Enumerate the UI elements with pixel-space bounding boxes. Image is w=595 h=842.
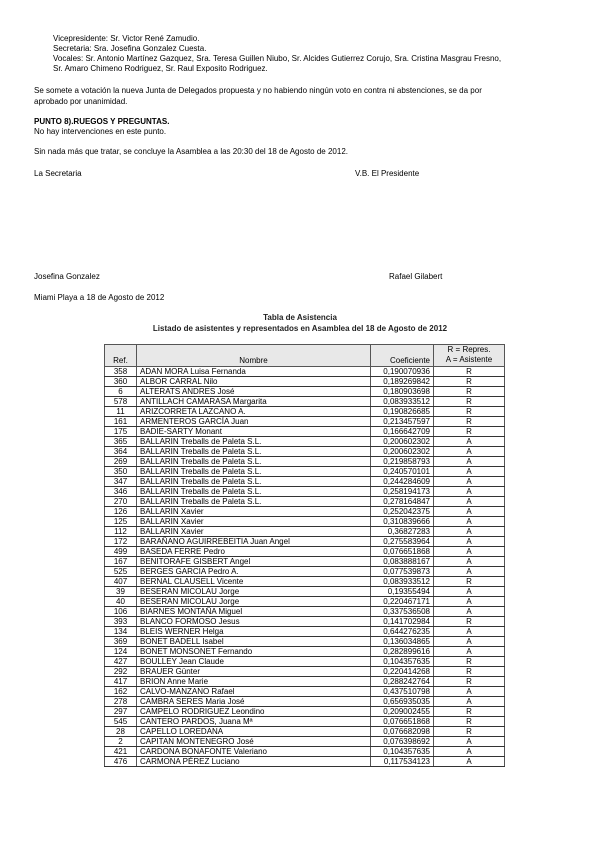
table-row: 28CAPELLO LOREDANA0,076682098R [105, 727, 505, 737]
cell-ref: 167 [105, 557, 137, 567]
cell-ref: 11 [105, 407, 137, 417]
cell-coeficiente: 0,136034865 [371, 637, 434, 647]
table-row: 124BONET MONSONET Fernando0,282899616A [105, 647, 505, 657]
cell-nombre: BALLARIN Treballs de Paleta S.L. [137, 497, 371, 507]
cell-nombre: BALLARIN Treballs de Paleta S.L. [137, 457, 371, 467]
table-row: 358ADAN MORA Luisa Fernanda0,190070936R [105, 367, 505, 377]
cell-ref: 125 [105, 517, 137, 527]
table-row: 365BALLARIN Treballs de Paleta S.L.0,200… [105, 437, 505, 447]
table-row: 125BALLARIN Xavier0,310839666A [105, 517, 505, 527]
table-row: 407BERNAL CLAUSELL Vicente0,083933512R [105, 577, 505, 587]
cell-ref: 421 [105, 747, 137, 757]
vicepresidente-line: Vicepresidente: Sr. Victor René Zamudio. [53, 34, 573, 44]
cell-coeficiente: 0,656935035 [371, 697, 434, 707]
cell-nombre: BALLARIN Xavier [137, 517, 371, 527]
table-row: 421CARDONA BONAFONTE Valeriano0,10435763… [105, 747, 505, 757]
cell-coeficiente: 0,275583964 [371, 537, 434, 547]
cell-coeficiente: 0,190826685 [371, 407, 434, 417]
cell-tipo: R [434, 377, 505, 387]
table-row: 499BASEDA FERRE Pedro0,076651868A [105, 547, 505, 557]
cell-nombre: BERGES GARCIA Pedro A. [137, 567, 371, 577]
cell-nombre: BLANCO FORMOSO Jesus [137, 617, 371, 627]
cell-nombre: BENITORAFE GISBERT Angel [137, 557, 371, 567]
cell-coeficiente: 0,220467171 [371, 597, 434, 607]
cell-coeficiente: 0,220414268 [371, 667, 434, 677]
cell-coeficiente: 0,141702984 [371, 617, 434, 627]
cell-coeficiente: 0,180903698 [371, 387, 434, 397]
cell-ref: 407 [105, 577, 137, 587]
cell-nombre: BALLARIN Treballs de Paleta S.L. [137, 477, 371, 487]
table-row: 11ARIZCORRETA LAZCANO A.0,190826685R [105, 407, 505, 417]
cell-ref: 417 [105, 677, 137, 687]
cell-ref: 369 [105, 637, 137, 647]
table-row: 167BENITORAFE GISBERT Angel0,083888167A [105, 557, 505, 567]
punto-8-heading: PUNTO 8).RUEGOS Y PREGUNTAS. [34, 117, 169, 127]
cell-tipo: A [434, 437, 505, 447]
cell-coeficiente: 0,117534123 [371, 757, 434, 767]
cell-ref: 347 [105, 477, 137, 487]
cell-tipo: R [434, 677, 505, 687]
cell-coeficiente: 0,213457597 [371, 417, 434, 427]
cell-tipo: R [434, 367, 505, 377]
cell-ref: 427 [105, 657, 137, 667]
cell-ref: 134 [105, 627, 137, 637]
cell-tipo: R [434, 617, 505, 627]
cell-coeficiente: 0,200602302 [371, 447, 434, 457]
cell-coeficiente: 0,166642709 [371, 427, 434, 437]
table-row: 292BRAUER Günter0,220414268R [105, 667, 505, 677]
cell-coeficiente: 0,282899616 [371, 647, 434, 657]
cell-ref: 499 [105, 547, 137, 557]
cell-tipo: A [434, 637, 505, 647]
cell-tipo: A [434, 597, 505, 607]
cell-nombre: BRAUER Günter [137, 667, 371, 677]
table-row: 269BALLARIN Treballs de Paleta S.L.0,219… [105, 457, 505, 467]
cell-nombre: CAPITAN MONTENEGRO José [137, 737, 371, 747]
cell-coeficiente: 0,252042375 [371, 507, 434, 517]
cell-ref: 346 [105, 487, 137, 497]
cell-nombre: CANTERO PARDOS, Juana Mª [137, 717, 371, 727]
presidente-signature-label: V.B. El Presidente [355, 169, 419, 179]
cell-ref: 292 [105, 667, 137, 677]
cell-nombre: CAPELLO LOREDANA [137, 727, 371, 737]
cell-coeficiente: 0,644276235 [371, 627, 434, 637]
cell-coeficiente: 0,083933512 [371, 397, 434, 407]
place-and-date: Miami Playa a 18 de Agosto de 2012 [34, 293, 164, 303]
table-row: 297CAMPELO RODRIGUEZ Leondino0,209002455… [105, 707, 505, 717]
cell-tipo: A [434, 687, 505, 697]
cell-nombre: BESERAN MICOLAU Jorge [137, 587, 371, 597]
closing-statement: Sin nada más que tratar, se concluye la … [34, 147, 348, 157]
cell-coeficiente: 0,240570101 [371, 467, 434, 477]
cell-tipo: A [434, 757, 505, 767]
cell-nombre: BONET MONSONET Fernando [137, 647, 371, 657]
cell-ref: 350 [105, 467, 137, 477]
cell-tipo: R [434, 427, 505, 437]
cell-tipo: A [434, 627, 505, 637]
cell-nombre: BESERAN MICOLAU Jorge [137, 597, 371, 607]
junta-members-block: Vicepresidente: Sr. Victor René Zamudio.… [53, 34, 573, 74]
punto-8-section: PUNTO 8).RUEGOS Y PREGUNTAS. No hay inte… [34, 117, 169, 137]
cell-tipo: A [434, 697, 505, 707]
table-row: 427BOULLEY Jean Claude0,104357635R [105, 657, 505, 667]
table-row: 172BARAÑANO AGUIRREBEITIA Juan Angel0,27… [105, 537, 505, 547]
table-row: 106BIARNES MONTAÑA Miguel0,337536508A [105, 607, 505, 617]
cell-ref: 126 [105, 507, 137, 517]
table-row: 347BALLARIN Treballs de Paleta S.L.0,244… [105, 477, 505, 487]
header-nombre: Nombre [137, 345, 371, 367]
secretaria-name: Josefina Gonzalez [34, 272, 100, 282]
cell-ref: 28 [105, 727, 137, 737]
table-row: 6ALTERATS ANDRES José0,180903698R [105, 387, 505, 397]
cell-ref: 476 [105, 757, 137, 767]
table-row: 364BALLARIN Treballs de Paleta S.L.0,200… [105, 447, 505, 457]
cell-tipo: A [434, 567, 505, 577]
cell-tipo: R [434, 387, 505, 397]
cell-tipo: R [434, 407, 505, 417]
cell-ref: 365 [105, 437, 137, 447]
cell-ref: 269 [105, 457, 137, 467]
cell-coeficiente: 0,19355494 [371, 587, 434, 597]
header-ref: Ref. [105, 345, 137, 367]
cell-ref: 360 [105, 377, 137, 387]
cell-ref: 358 [105, 367, 137, 377]
cell-nombre: BALLARIN Treballs de Paleta S.L. [137, 487, 371, 497]
cell-tipo: R [434, 717, 505, 727]
table-row: 278CAMBRA SERES Maria José0,656935035A [105, 697, 505, 707]
cell-tipo: A [434, 747, 505, 757]
cell-ref: 2 [105, 737, 137, 747]
cell-coeficiente: 0,36827283 [371, 527, 434, 537]
cell-coeficiente: 0,288242764 [371, 677, 434, 687]
cell-tipo: A [434, 487, 505, 497]
cell-ref: 278 [105, 697, 137, 707]
cell-tipo: A [434, 647, 505, 657]
cell-nombre: BALLARIN Xavier [137, 507, 371, 517]
table-row: 545CANTERO PARDOS, Juana Mª0,076651868R [105, 717, 505, 727]
cell-tipo: A [434, 557, 505, 567]
table-row: 39BESERAN MICOLAU Jorge0,19355494A [105, 587, 505, 597]
cell-ref: 172 [105, 537, 137, 547]
cell-nombre: CALVO-MANZANO Rafael [137, 687, 371, 697]
secretaria-signature-label: La Secretaria [34, 169, 82, 179]
cell-tipo: R [434, 577, 505, 587]
cell-tipo: A [434, 537, 505, 547]
cell-ref: 545 [105, 717, 137, 727]
cell-tipo: A [434, 467, 505, 477]
cell-tipo: R [434, 397, 505, 407]
table-row: 175BADIE-SARTY Monant0,166642709R [105, 427, 505, 437]
table-row: 126BALLARIN Xavier0,252042375A [105, 507, 505, 517]
cell-coeficiente: 0,076682098 [371, 727, 434, 737]
cell-ref: 578 [105, 397, 137, 407]
cell-coeficiente: 0,200602302 [371, 437, 434, 447]
cell-nombre: BOULLEY Jean Claude [137, 657, 371, 667]
cell-coeficiente: 0,278164847 [371, 497, 434, 507]
cell-nombre: BADIE-SARTY Monant [137, 427, 371, 437]
header-tipo-line1: R = Repres. [437, 345, 501, 355]
table-row: 360ALBOR CARRAL Nilo0,189269842R [105, 377, 505, 387]
cell-tipo: A [434, 447, 505, 457]
table-row: 350BALLARIN Treballs de Paleta S.L.0,240… [105, 467, 505, 477]
cell-nombre: BASEDA FERRE Pedro [137, 547, 371, 557]
cell-nombre: ADAN MORA Luisa Fernanda [137, 367, 371, 377]
cell-ref: 525 [105, 567, 137, 577]
cell-coeficiente: 0,076651868 [371, 547, 434, 557]
cell-ref: 6 [105, 387, 137, 397]
cell-coeficiente: 0,104357635 [371, 747, 434, 757]
cell-ref: 39 [105, 587, 137, 597]
cell-coeficiente: 0,258194173 [371, 487, 434, 497]
table-title: Tabla de Asistencia [100, 313, 500, 323]
cell-tipo: R [434, 707, 505, 717]
vote-paragraph-line: aprobado por unanimidad. [34, 97, 564, 108]
cell-coeficiente: 0,189269842 [371, 377, 434, 387]
cell-nombre: BIARNES MONTAÑA Miguel [137, 607, 371, 617]
cell-coeficiente: 0,083933512 [371, 577, 434, 587]
cell-tipo: R [434, 657, 505, 667]
vote-paragraph: Se somete a votación la nueva Junta de D… [34, 86, 564, 108]
table-row: 134BLEIS WERNER Helga0,644276235A [105, 627, 505, 637]
cell-coeficiente: 0,104357635 [371, 657, 434, 667]
punto-8-text: No hay intervenciones en este punto. [34, 127, 169, 137]
cell-nombre: BARAÑANO AGUIRREBEITIA Juan Angel [137, 537, 371, 547]
cell-ref: 393 [105, 617, 137, 627]
cell-nombre: CAMBRA SERES Maria José [137, 697, 371, 707]
cell-nombre: ALBOR CARRAL Nilo [137, 377, 371, 387]
cell-nombre: BALLARIN Treballs de Paleta S.L. [137, 447, 371, 457]
cell-ref: 161 [105, 417, 137, 427]
vote-paragraph-line: Se somete a votación la nueva Junta de D… [34, 86, 564, 97]
table-row: 161ARMENTEROS GARCÍA Juan0,213457597R [105, 417, 505, 427]
cell-nombre: BERNAL CLAUSELL Vicente [137, 577, 371, 587]
cell-tipo: A [434, 457, 505, 467]
cell-tipo: A [434, 477, 505, 487]
header-tipo: R = Repres. A = Asistente [434, 345, 505, 367]
cell-coeficiente: 0,209002455 [371, 707, 434, 717]
cell-nombre: CAMPELO RODRIGUEZ Leondino [137, 707, 371, 717]
table-row: 2CAPITAN MONTENEGRO José0,076398692A [105, 737, 505, 747]
cell-coeficiente: 0,190070936 [371, 367, 434, 377]
cell-nombre: BALLARIN Treballs de Paleta S.L. [137, 467, 371, 477]
cell-tipo: R [434, 417, 505, 427]
table-row: 346BALLARIN Treballs de Paleta S.L.0,258… [105, 487, 505, 497]
table-row: 112BALLARIN Xavier0,36827283A [105, 527, 505, 537]
cell-tipo: A [434, 547, 505, 557]
table-subtitle: Listado de asistentes y representados en… [100, 324, 500, 334]
cell-nombre: ANTILLACH CAMARASA Margarita [137, 397, 371, 407]
cell-tipo: R [434, 667, 505, 677]
table-row: 40BESERAN MICOLAU Jorge0,220467171A [105, 597, 505, 607]
cell-nombre: BRION Anne Marie [137, 677, 371, 687]
cell-ref: 270 [105, 497, 137, 507]
cell-tipo: A [434, 507, 505, 517]
cell-coeficiente: 0,077539873 [371, 567, 434, 577]
cell-nombre: CARMONA PÉREZ Luciano [137, 757, 371, 767]
table-row: 369BONET BADELL Isabel0,136034865A [105, 637, 505, 647]
cell-coeficiente: 0,337536508 [371, 607, 434, 617]
attendance-table: Ref. Nombre Coeficiente R = Repres. A = … [104, 344, 505, 767]
header-coeficiente: Coeficiente [371, 345, 434, 367]
cell-nombre: BALLARIN Treballs de Paleta S.L. [137, 437, 371, 447]
table-row: 162CALVO-MANZANO Rafael0,437510798A [105, 687, 505, 697]
cell-coeficiente: 0,244284609 [371, 477, 434, 487]
cell-tipo: A [434, 587, 505, 597]
cell-ref: 364 [105, 447, 137, 457]
secretaria-line: Secretaria: Sra. Josefina Gonzalez Cuest… [53, 44, 573, 54]
cell-ref: 162 [105, 687, 137, 697]
cell-coeficiente: 0,437510798 [371, 687, 434, 697]
table-header-row: Ref. Nombre Coeficiente R = Repres. A = … [105, 345, 505, 367]
cell-ref: 175 [105, 427, 137, 437]
cell-tipo: A [434, 527, 505, 537]
header-tipo-line2: A = Asistente [437, 355, 501, 365]
cell-nombre: BLEIS WERNER Helga [137, 627, 371, 637]
vocales-line-continued: Sr. Amaro Chimeno Rodriguez, Sr. Raul Ex… [53, 64, 573, 74]
cell-ref: 106 [105, 607, 137, 617]
table-row: 476CARMONA PÉREZ Luciano0,117534123A [105, 757, 505, 767]
cell-nombre: ARIZCORRETA LAZCANO A. [137, 407, 371, 417]
cell-coeficiente: 0,076651868 [371, 717, 434, 727]
cell-coeficiente: 0,083888167 [371, 557, 434, 567]
cell-nombre: ALTERATS ANDRES José [137, 387, 371, 397]
cell-ref: 112 [105, 527, 137, 537]
cell-coeficiente: 0,310839666 [371, 517, 434, 527]
presidente-name: Rafael Gilabert [389, 272, 442, 282]
cell-tipo: A [434, 517, 505, 527]
cell-ref: 297 [105, 707, 137, 717]
table-row: 578ANTILLACH CAMARASA Margarita0,0839335… [105, 397, 505, 407]
cell-ref: 124 [105, 647, 137, 657]
cell-coeficiente: 0,076398692 [371, 737, 434, 747]
table-row: 270BALLARIN Treballs de Paleta S.L.0,278… [105, 497, 505, 507]
cell-nombre: ARMENTEROS GARCÍA Juan [137, 417, 371, 427]
table-row: 393BLANCO FORMOSO Jesus0,141702984R [105, 617, 505, 627]
cell-nombre: BALLARIN Xavier [137, 527, 371, 537]
cell-tipo: A [434, 607, 505, 617]
cell-coeficiente: 0,219858793 [371, 457, 434, 467]
cell-nombre: CARDONA BONAFONTE Valeriano [137, 747, 371, 757]
table-row: 525BERGES GARCIA Pedro A.0,077539873A [105, 567, 505, 577]
cell-tipo: A [434, 497, 505, 507]
cell-ref: 40 [105, 597, 137, 607]
cell-nombre: BONET BADELL Isabel [137, 637, 371, 647]
vocales-line: Vocales: Sr. Antonio Martínez Gazquez, S… [53, 54, 573, 64]
table-row: 417BRION Anne Marie0,288242764R [105, 677, 505, 687]
cell-tipo: R [434, 727, 505, 737]
attendance-table-body: 358ADAN MORA Luisa Fernanda0,190070936R3… [105, 367, 505, 767]
cell-tipo: A [434, 737, 505, 747]
